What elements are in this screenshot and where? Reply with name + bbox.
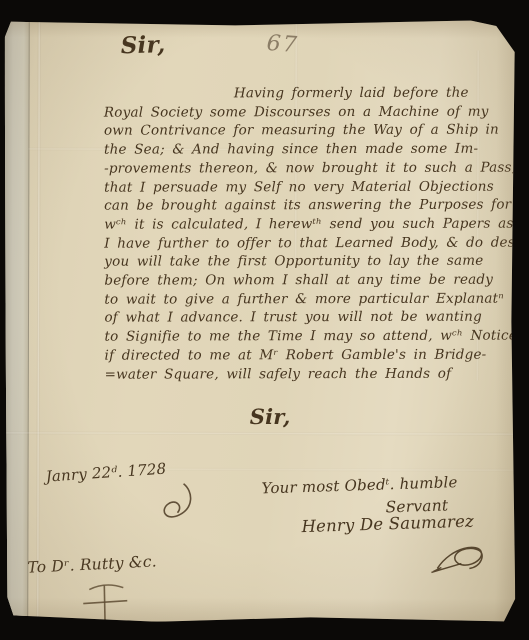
folio-number: 67: [266, 31, 300, 58]
salutation: Sir,: [120, 31, 165, 59]
letter-line: wᶜʰ it is calculated, I herewᵗʰ send you…: [104, 215, 516, 235]
cross-mark-icon: [81, 580, 131, 635]
manuscript-photo: Sir, 67 Having formerly laid before the …: [0, 0, 529, 640]
letter-line: that I persuade my Self no very Material…: [104, 177, 516, 197]
letter-line: you will take the first Opportunity to l…: [104, 252, 516, 272]
letter-line: to Signifie to me the Time I may so atte…: [104, 327, 516, 347]
letter-line: =water Square, will safely reach the Han…: [105, 364, 517, 384]
letter-line: the Sea; & And having since then made so…: [104, 140, 516, 160]
fold-crease: [4, 431, 516, 435]
date-line: Janry 22ᵈ. 1728: [45, 460, 167, 486]
date-flourish-icon: [153, 482, 197, 530]
letter-page: Sir, 67 Having formerly laid before the …: [3, 19, 517, 622]
letter-line: of what I advance. I trust you will not …: [104, 308, 516, 328]
signature: Henry De Saumarez: [301, 512, 474, 537]
letter-line: can be brought against its answering the…: [104, 196, 516, 216]
address-line: To Dʳ. Rutty &c.: [27, 552, 157, 576]
letter-line: I have further to offer to that Learned …: [104, 233, 516, 253]
fold-crease: [154, 468, 514, 472]
valediction-line-1: Your most Obedᵗ. humble: [261, 473, 457, 497]
signature-flourish-icon: [431, 538, 489, 586]
page-left-edge: [3, 19, 30, 621]
letter-line: -provements thereon, & now brought it to…: [104, 158, 516, 178]
closing-salutation: Sir,: [250, 404, 291, 429]
letter-line: Having formerly laid before the: [234, 84, 516, 103]
letter-line: Royal Society some Discourses on a Machi…: [104, 102, 516, 122]
fold-crease: [36, 19, 41, 621]
letter-line: if directed to me at Mʳ Robert Gamble's …: [105, 345, 517, 365]
letter-body: Having formerly laid before the Royal So…: [104, 84, 517, 384]
letter-line: own Contrivance for measuring the Way of…: [104, 121, 516, 141]
letter-line: before them; On whom I shall at any time…: [104, 271, 516, 291]
letter-line: to wait to give a further & more particu…: [104, 289, 516, 309]
